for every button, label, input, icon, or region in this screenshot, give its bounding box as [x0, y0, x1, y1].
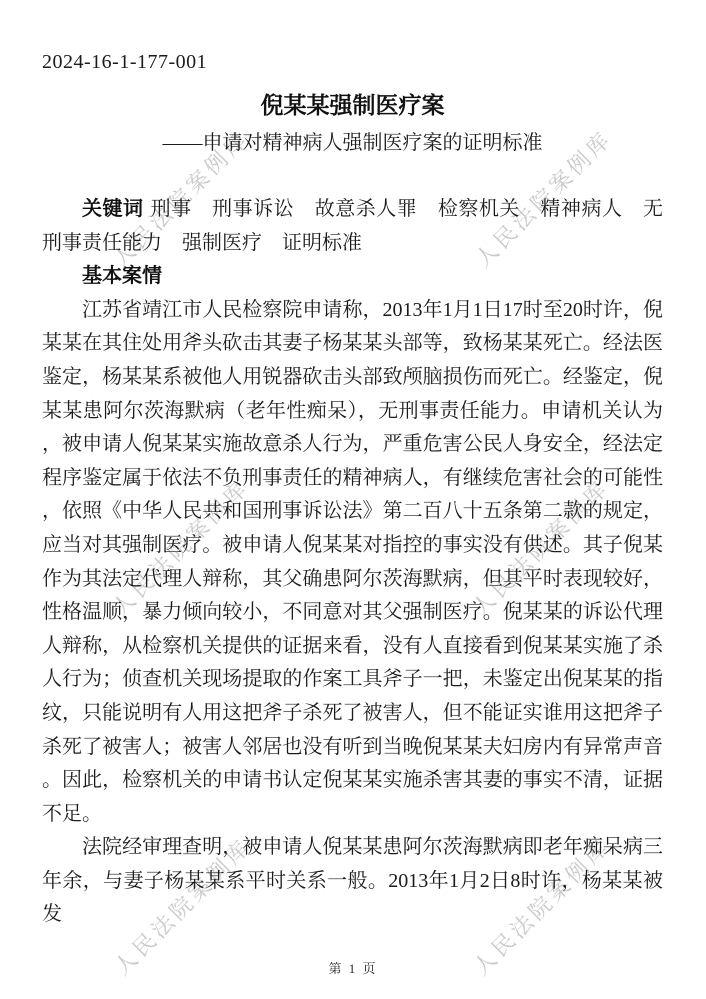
page-footer: 第 1 页 — [0, 958, 706, 977]
document-content: 2024-16-1-177-001 倪某某强制医疗案 ——申请对精神病人强制医疗… — [42, 0, 663, 932]
body-paragraph-2: 法院经审理查明，被申请人倪某某患阿尔茨海默病即老年痴呆病三年余，与妻子杨某某系平… — [42, 831, 663, 932]
case-number: 2024-16-1-177-001 — [42, 51, 663, 73]
document-page: 人民法院案例库 人民法院案例库 人民法院案例库 人民法院案例库 人民法院案例库 … — [0, 0, 706, 999]
section-heading-basic-facts: 基本案情 — [42, 260, 663, 294]
body-paragraph-1: 江苏省靖江市人民检察院申请称，2013年1月1日17时至20时许，倪某某在其住处… — [42, 294, 663, 832]
keywords-line: 关键词刑事 刑事诉讼 故意杀人罪 检察机关 精神病人 无刑事责任能力 强制医疗 … — [42, 193, 663, 260]
keywords-label: 关键词 — [82, 198, 144, 220]
page-subtitle: ——申请对精神病人强制医疗案的证明标准 — [42, 131, 663, 155]
page-title: 倪某某强制医疗案 — [42, 92, 663, 118]
